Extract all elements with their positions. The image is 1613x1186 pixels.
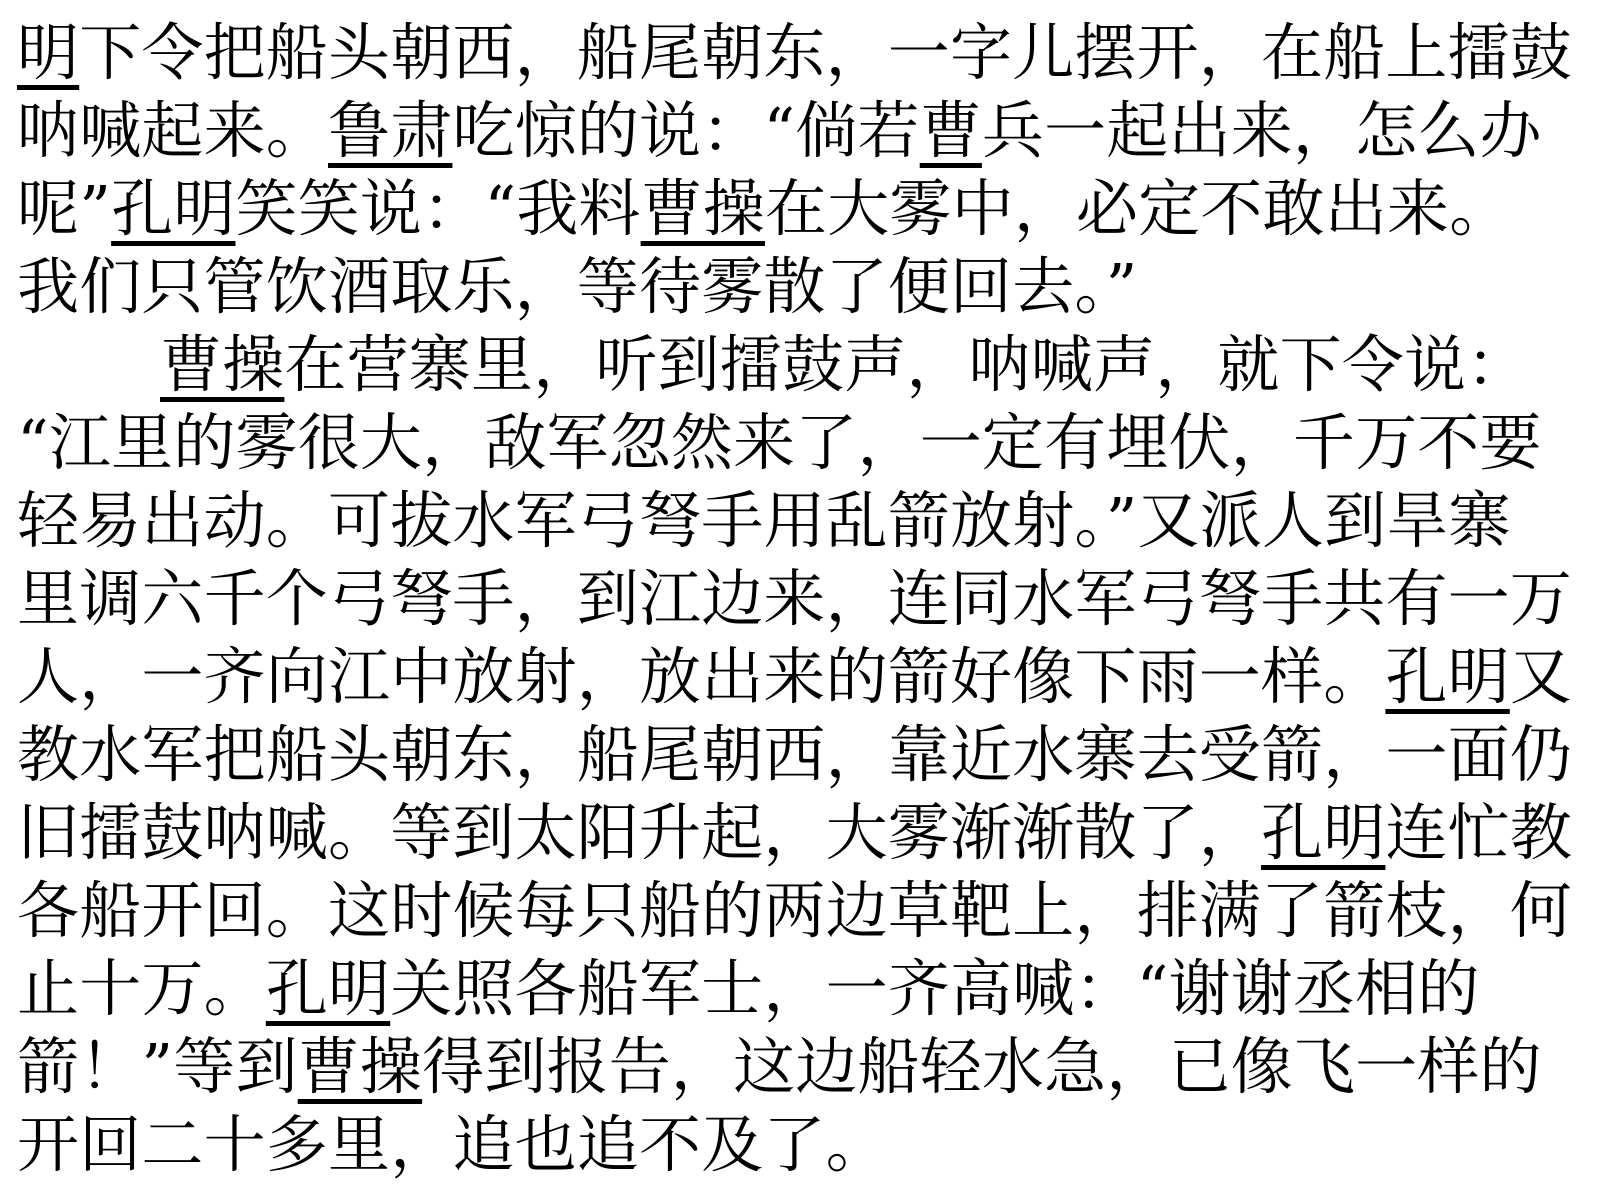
text-line: 教水军把船头朝东，船尾朝西，靠近水寨去受箭，一面仍 [17, 716, 1613, 794]
text-segment: 呢” [17, 172, 111, 245]
text-segment: 兵一起出来，怎么办 [982, 94, 1542, 167]
text-line: 里调六千个弓弩手，到江边来，连同水军弓弩手共有一万 [17, 560, 1613, 638]
text-segment: 吃惊的说：“倘若 [452, 94, 919, 167]
text-segment: 开回二十多里，追也追不及了。 [17, 1108, 888, 1181]
text-segment: 里调六千个弓弩手，到江边来，连同水军弓弩手共有一万 [17, 562, 1572, 635]
text-line: 呢”孔明笑笑说：“我料曹操在大雾中，必定不敢出来。 [17, 170, 1613, 248]
text-line: 我们只管饮酒取乐，等待雾散了便回去。” [17, 248, 1613, 326]
underlined-name: 曹操 [298, 1030, 422, 1103]
underlined-name: 孔明 [1385, 640, 1509, 713]
text-line: 人，一齐向江中放射，放出来的箭好像下雨一样。孔明又 [17, 638, 1613, 716]
text-segment: 连忙教 [1385, 796, 1572, 869]
text-segment: 轻易出动。可拔水军弓弩手用乱箭放射。”又派人到旱寨 [17, 484, 1511, 557]
text-segment: 得到报告，这边船轻水急，已像飞一样的 [422, 1030, 1542, 1103]
text-segment: “江里的雾很大，敌军忽然来了，一定有埋伏，千万不要 [17, 406, 1542, 479]
text-line: 箭！”等到曹操得到报告，这边船轻水急，已像飞一样的 [17, 1028, 1613, 1106]
text-line: “江里的雾很大，敌军忽然来了，一定有埋伏，千万不要 [17, 404, 1613, 482]
text-segment: 在营寨里，听到擂鼓声，呐喊声，就下令说： [284, 328, 1528, 401]
text-segment: 止十万。 [17, 952, 266, 1025]
underlined-name: 曹操 [160, 328, 284, 401]
text-segment: 又 [1510, 640, 1572, 713]
text-line: 旧擂鼓呐喊。等到太阳升起，大雾渐渐散了，孔明连忙教 [17, 794, 1613, 872]
text-line: 曹操在营寨里，听到擂鼓声，呐喊声，就下令说： [17, 326, 1613, 404]
text-segment: 下令把船头朝西，船尾朝东，一字儿摆开，在船上擂鼓 [79, 16, 1572, 89]
text-segment: 旧擂鼓呐喊。等到太阳升起，大雾渐渐散了， [17, 796, 1261, 869]
text-line: 呐喊起来。鲁肃吃惊的说：“倘若曹兵一起出来，怎么办 [17, 92, 1613, 170]
text-segment: 笑笑说：“我料 [236, 172, 641, 245]
underlined-name: 明 [17, 16, 79, 89]
text-content: 明下令把船头朝西，船尾朝东，一字儿摆开，在船上擂鼓呐喊起来。鲁肃吃惊的说：“倘若… [17, 14, 1613, 1184]
text-segment: 呐喊起来。 [17, 94, 328, 167]
underlined-name: 孔明 [266, 952, 390, 1025]
text-segment: 在大雾中，必定不敢出来。 [765, 172, 1511, 245]
text-line: 明下令把船头朝西，船尾朝东，一字儿摆开，在船上擂鼓 [17, 14, 1613, 92]
text-line: 各船开回。这时候每只船的两边草靶上，排满了箭枝，何 [17, 872, 1613, 950]
text-line: 开回二十多里，追也追不及了。 [17, 1106, 1613, 1184]
text-line: 轻易出动。可拔水军弓弩手用乱箭放射。”又派人到旱寨 [17, 482, 1613, 560]
underlined-name: 孔明 [1261, 796, 1385, 869]
underlined-name: 曹操 [641, 172, 765, 245]
underlined-name: 孔明 [111, 172, 235, 245]
text-segment: 各船开回。这时候每只船的两边草靶上，排满了箭枝，何 [17, 874, 1572, 947]
text-segment: 箭！”等到 [17, 1030, 298, 1103]
text-segment: 关照各船军士，一齐高喊：“谢谢丞相的 [390, 952, 1479, 1025]
text-line: 止十万。孔明关照各船军士，一齐高喊：“谢谢丞相的 [17, 950, 1613, 1028]
document-page: 明下令把船头朝西，船尾朝东，一字儿摆开，在船上擂鼓呐喊起来。鲁肃吃惊的说：“倘若… [0, 0, 1613, 1186]
text-segment: 教水军把船头朝东，船尾朝西，靠近水寨去受箭，一面仍 [17, 718, 1572, 791]
text-segment: 我们只管饮酒取乐，等待雾散了便回去。” [17, 250, 1138, 323]
underlined-name: 曹 [920, 94, 982, 167]
text-segment: 人，一齐向江中放射，放出来的箭好像下雨一样。 [17, 640, 1385, 713]
underlined-name: 鲁肃 [328, 94, 452, 167]
